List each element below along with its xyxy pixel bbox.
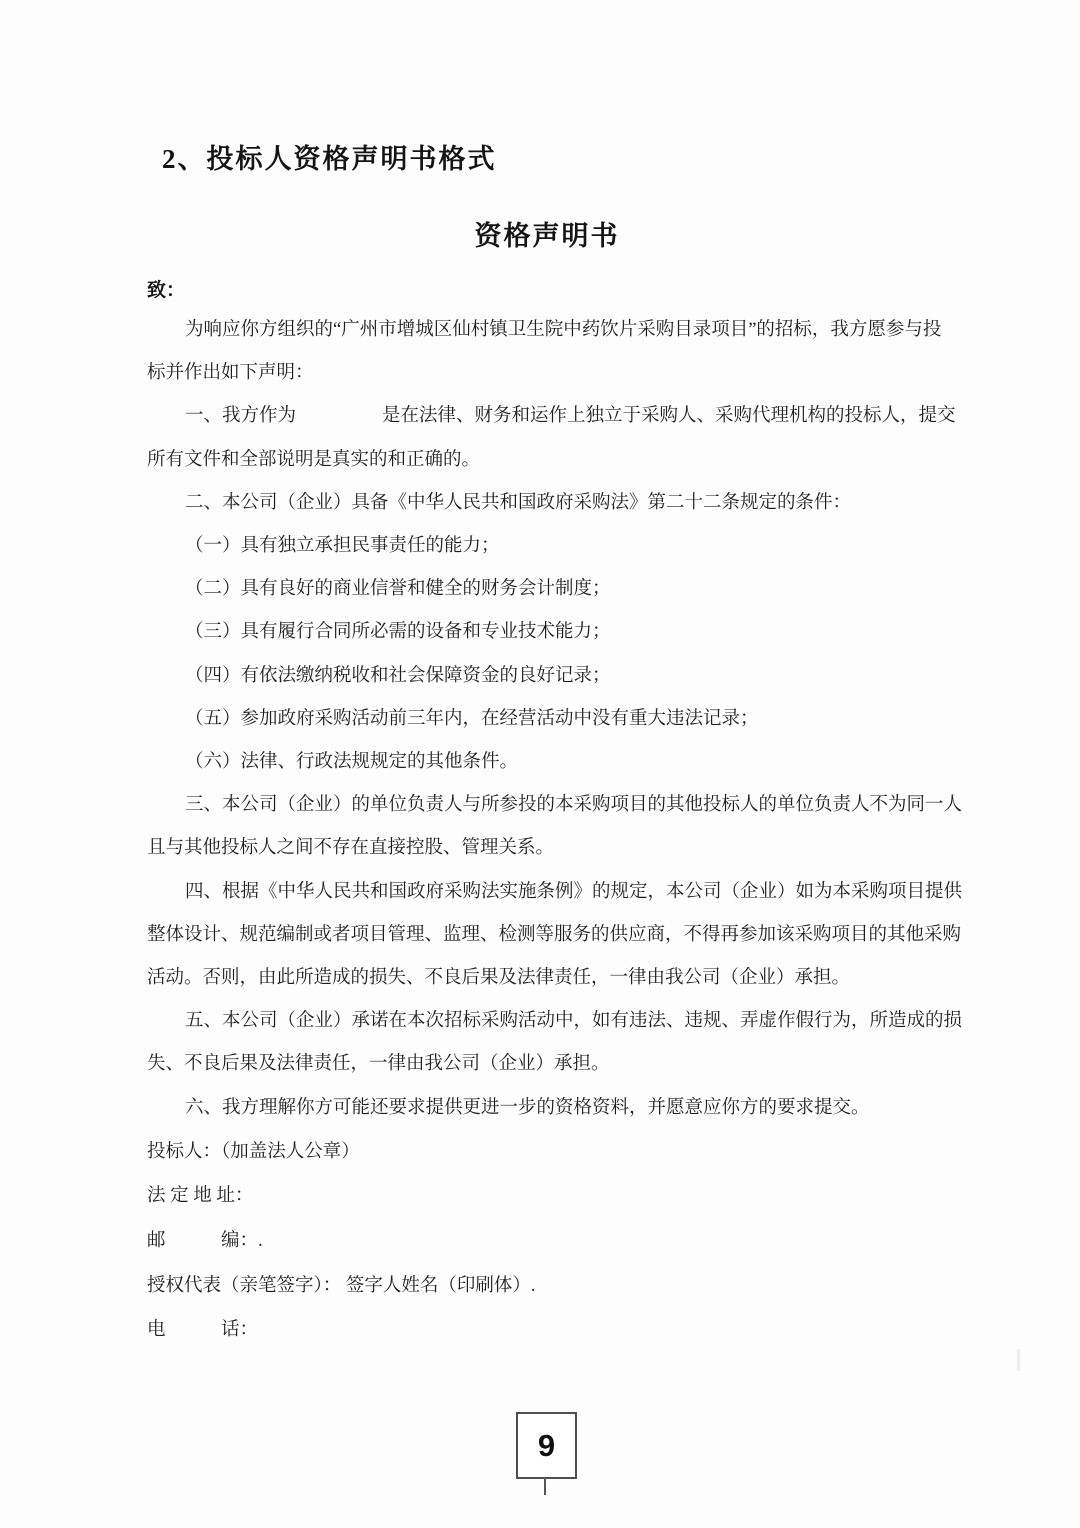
salutation: 致： <box>147 278 947 304</box>
bidder-seal-line: 投标人：（加盖法人公章） <box>147 1130 947 1175</box>
paragraph-line: 为响应你方组织的“广州市增城区仙村镇卫生院中药饮片采购目录项目”的招标，我方愿参… <box>147 309 947 352</box>
declaration-text: 为响应你方组织的“广州市增城区仙村镇卫生院中药饮片采购目录项目”的招标，我方愿参… <box>147 309 947 1130</box>
condition-item: （六）法律、行政法规规定的其他条件。 <box>147 741 947 784</box>
condition-item: （三）具有履行合同所必需的设备和专业技术能力； <box>147 611 947 654</box>
clause-1-prefix: 一、我方作为 <box>185 406 296 426</box>
clause-1-line: 所有文件和全部说明是真实的和正确的。 <box>147 439 947 482</box>
document-title: 资格声明书 <box>147 218 947 254</box>
section-heading: 2、投标人资格声明书格式 <box>147 140 947 178</box>
page-number-box: 9 <box>516 1412 577 1479</box>
authorized-representative-line: 授权代表（亲笔签字）： 签字人姓名（印刷体）. <box>147 1264 947 1309</box>
clause-1-suffix: 是在法律、财务和运作上独立于采购人、采购代理机构的投标人，提交 <box>382 406 956 426</box>
paragraph-line: 标并作出如下声明： <box>147 352 947 395</box>
condition-item: （一）具有独立承担民事责任的能力； <box>147 525 947 568</box>
clause-6-line: 六、我方理解你方可能还要求提供更进一步的资格资料，并愿意应你方的要求提交。 <box>147 1087 947 1130</box>
postal-code-line: 邮 编：. <box>147 1219 947 1264</box>
clause-3-line: 且与其他投标人之间不存在直接控股、管理关系。 <box>147 827 947 870</box>
scan-artifact-mark <box>1017 1349 1020 1371</box>
clause-4-line: 整体设计、规范编制或者项目管理、监理、检测等服务的供应商，不得再参加该采购项目的… <box>147 914 947 957</box>
signature-block: 投标人：（加盖法人公章） 法 定 地 址： 邮 编：. 授权代表（亲笔签字）： … <box>147 1130 947 1353</box>
bidder-name-blank <box>296 420 382 421</box>
legal-address-line: 法 定 地 址： <box>147 1174 947 1219</box>
clause-5-line: 失、不良后果及法律责任，一律由我公司（企业）承担。 <box>147 1043 947 1086</box>
page-number-tick <box>544 1477 546 1495</box>
clause-3-line: 三、本公司（企业）的单位负责人与所参投的本采购项目的其他投标人的单位负责人不为同… <box>147 784 947 827</box>
condition-item: （四）有依法缴纳税收和社会保障资金的良好记录； <box>147 655 947 698</box>
clause-4-line: 活动。否则，由此所造成的损失、不良后果及法律责任，一律由我公司（企业）承担。 <box>147 957 947 1000</box>
clause-1-line: 一、我方作为是在法律、财务和运作上独立于采购人、采购代理机构的投标人，提交 <box>147 395 947 438</box>
document-body: 2、投标人资格声明书格式 资格声明书 致： 为响应你方组织的“广州市增城区仙村镇… <box>147 140 947 1353</box>
scanned-document-page: 2、投标人资格声明书格式 资格声明书 致： 为响应你方组织的“广州市增城区仙村镇… <box>0 0 1080 1528</box>
clause-5-line: 五、本公司（企业）承诺在本次招标采购活动中，如有违法、违规、弄虚作假行为，所造成… <box>147 1000 947 1043</box>
condition-item: （五）参加政府采购活动前三年内，在经营活动中没有重大违法记录； <box>147 698 947 741</box>
condition-item: （二）具有良好的商业信誉和健全的财务会计制度； <box>147 568 947 611</box>
page-number: 9 <box>538 1428 555 1464</box>
clause-4-line: 四、根据《中华人民共和国政府采购法实施条例》的规定，本公司（企业）如为本采购项目… <box>147 871 947 914</box>
phone-line: 电 话： <box>147 1308 947 1353</box>
clause-2-line: 二、本公司（企业）具备《中华人民共和国政府采购法》第二十二条规定的条件： <box>147 482 947 525</box>
